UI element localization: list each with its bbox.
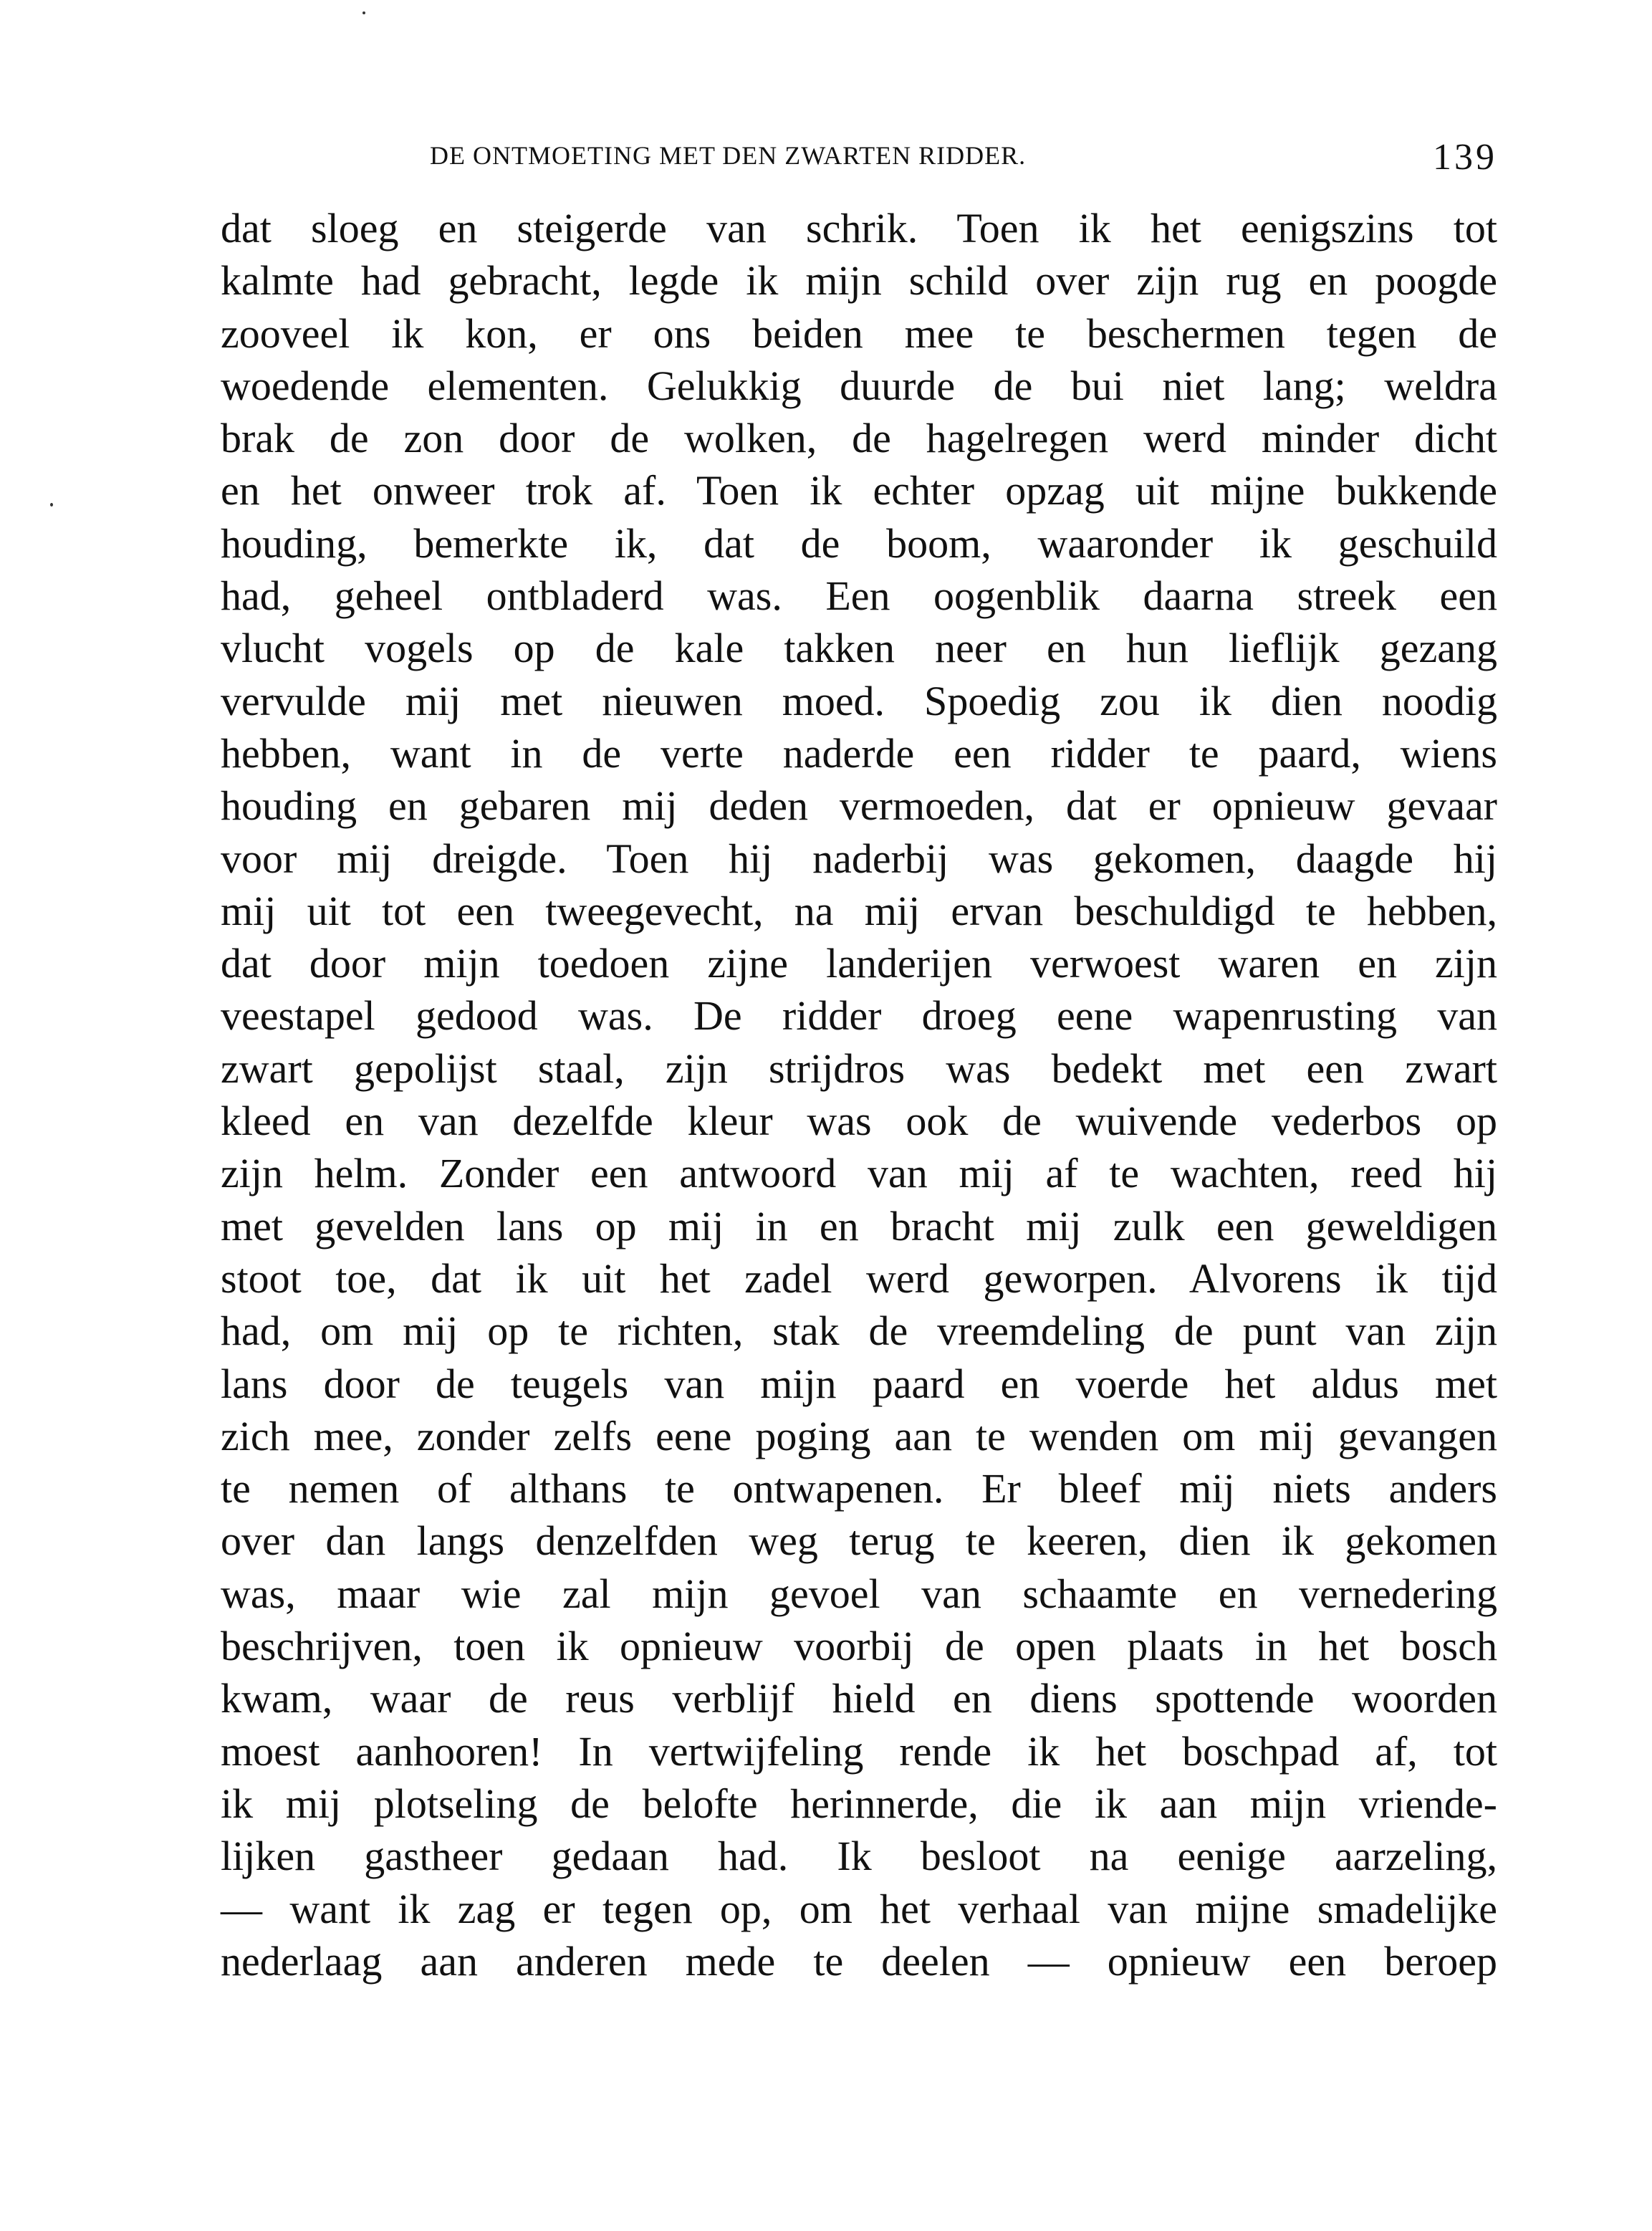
text-line: ik mij plotseling de belofte herinnerde,… [221, 1777, 1497, 1830]
running-title: DE ONTMOETING MET DEN ZWARTEN RIDDER. [430, 140, 1026, 171]
text-line: over dan langs denzelfden weg terug te k… [221, 1515, 1497, 1567]
text-line: moest aanhooren! In vertwijfeling rende … [221, 1725, 1497, 1777]
text-line: lijken gastheer gedaan had. Ik besloot n… [221, 1830, 1497, 1882]
body-text: dat sloeg en steigerde van schrik. Toen … [221, 202, 1497, 1987]
text-line: met gevelden lans op mij in en bracht mi… [221, 1200, 1497, 1252]
text-line: kalmte had gebracht, legde ik mijn schil… [221, 254, 1497, 307]
scan-speck [50, 503, 53, 507]
text-line: zich mee, zonder zelfs eene poging aan t… [221, 1410, 1497, 1462]
text-line: houding en gebaren mij deden vermoeden, … [221, 779, 1497, 832]
text-line: veestapel gedood was. De ridder droeg ee… [221, 989, 1497, 1042]
text-line: zooveel ik kon, er ons beiden mee te bes… [221, 307, 1497, 360]
text-line: brak de zon door de wolken, de hagelrege… [221, 412, 1497, 464]
text-line: hebben, want in de verte naderde een rid… [221, 727, 1497, 779]
text-line: vlucht vogels op de kale takken neer en … [221, 622, 1497, 674]
text-line: te nemen of althans te ontwapenen. Er bl… [221, 1462, 1497, 1515]
text-line: kleed en van dezelfde kleur was ook de w… [221, 1095, 1497, 1147]
text-line: vervulde mij met nieuwen moed. Spoedig z… [221, 675, 1497, 727]
book-page: DE ONTMOETING MET DEN ZWARTEN RIDDER. 13… [0, 0, 1652, 2231]
page-number: 139 [1433, 136, 1497, 178]
text-line: had, om mij op te richten, stak de vreem… [221, 1305, 1497, 1357]
scan-speck [362, 11, 365, 14]
text-line: mij uit tot een tweegevecht, na mij erva… [221, 885, 1497, 937]
text-line: had, geheel ontbladerd was. Een oogenbli… [221, 570, 1497, 622]
text-line: en het onweer trok af. Toen ik echter op… [221, 464, 1497, 517]
text-line: dat sloeg en steigerde van schrik. Toen … [221, 202, 1497, 254]
text-line: zijn helm. Zonder een antwoord van mij a… [221, 1147, 1497, 1199]
text-line: lans door de teugels van mijn paard en v… [221, 1358, 1497, 1410]
text-line: — want ik zag er tegen op, om het verhaa… [221, 1883, 1497, 1935]
page-header: DE ONTMOETING MET DEN ZWARTEN RIDDER. 13… [215, 140, 1497, 183]
text-line: kwam, waar de reus verblijf hield en die… [221, 1672, 1497, 1724]
text-line: stoot toe, dat ik uit het zadel werd gew… [221, 1252, 1497, 1305]
text-line: voor mij dreigde. Toen hij naderbij was … [221, 833, 1497, 885]
text-line: beschrijven, toen ik opnieuw voorbij de … [221, 1620, 1497, 1672]
text-line: dat door mijn toedoen zijne landerijen v… [221, 937, 1497, 989]
text-line: zwart gepolijst staal, zijn strijdros wa… [221, 1042, 1497, 1095]
text-line: nederlaag aan anderen mede te deelen — o… [221, 1935, 1497, 1987]
text-line: woedende elementen. Gelukkig duurde de b… [221, 360, 1497, 412]
text-line: houding, bemerkte ik, dat de boom, waaro… [221, 517, 1497, 570]
text-line: was, maar wie zal mijn gevoel van schaam… [221, 1568, 1497, 1620]
